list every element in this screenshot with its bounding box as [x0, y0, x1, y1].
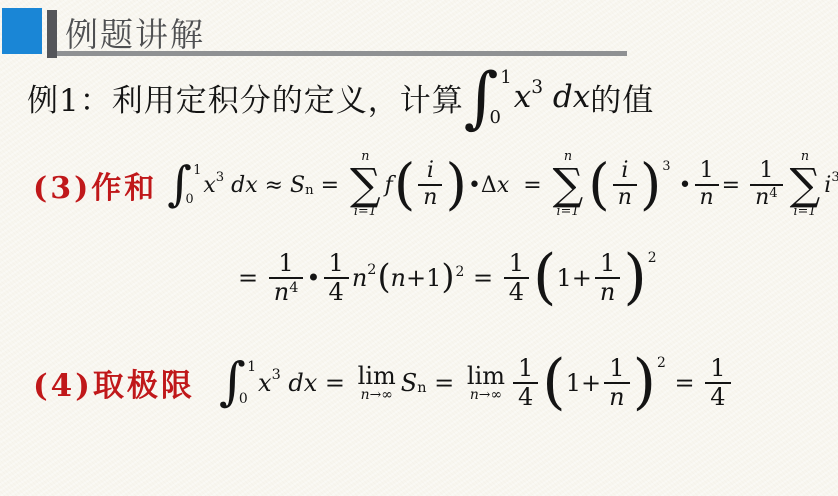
- header-vertical-bar: [47, 10, 57, 58]
- page-title: 例题讲解: [65, 9, 205, 56]
- example-title-formula: 例1：利用定积分的定义，计算∫10x3 dx的值: [27, 64, 654, 131]
- slide: 例题讲解 例1：利用定积分的定义，计算∫10x3 dx的值 (3)作和 ∫10x…: [0, 0, 838, 496]
- step-3-label: (3)作和: [33, 163, 157, 207]
- step-3-formula-line1: ∫10x3 dx ≈ Sn = n∑i=1f(in)•Δx = n∑i=1(in…: [167, 150, 838, 220]
- step-3-formula-line2: = 1n4•14n2(n+1)2 = 14(1+1n)2: [238, 250, 658, 306]
- step-4-formula: ∫10x3 dx = limn→∞Sn = limn→∞14(1+1n)2 = …: [219, 355, 734, 411]
- step-4-row: (4)取极限 ∫10x3 dx = limn→∞Sn = limn→∞14(1+…: [33, 355, 734, 411]
- step-4-label: (4)取极限: [33, 360, 195, 405]
- accent-square: [2, 8, 42, 54]
- step-3-row: (3)作和 ∫10x3 dx ≈ Sn = n∑i=1f(in)•Δx = n∑…: [33, 150, 838, 220]
